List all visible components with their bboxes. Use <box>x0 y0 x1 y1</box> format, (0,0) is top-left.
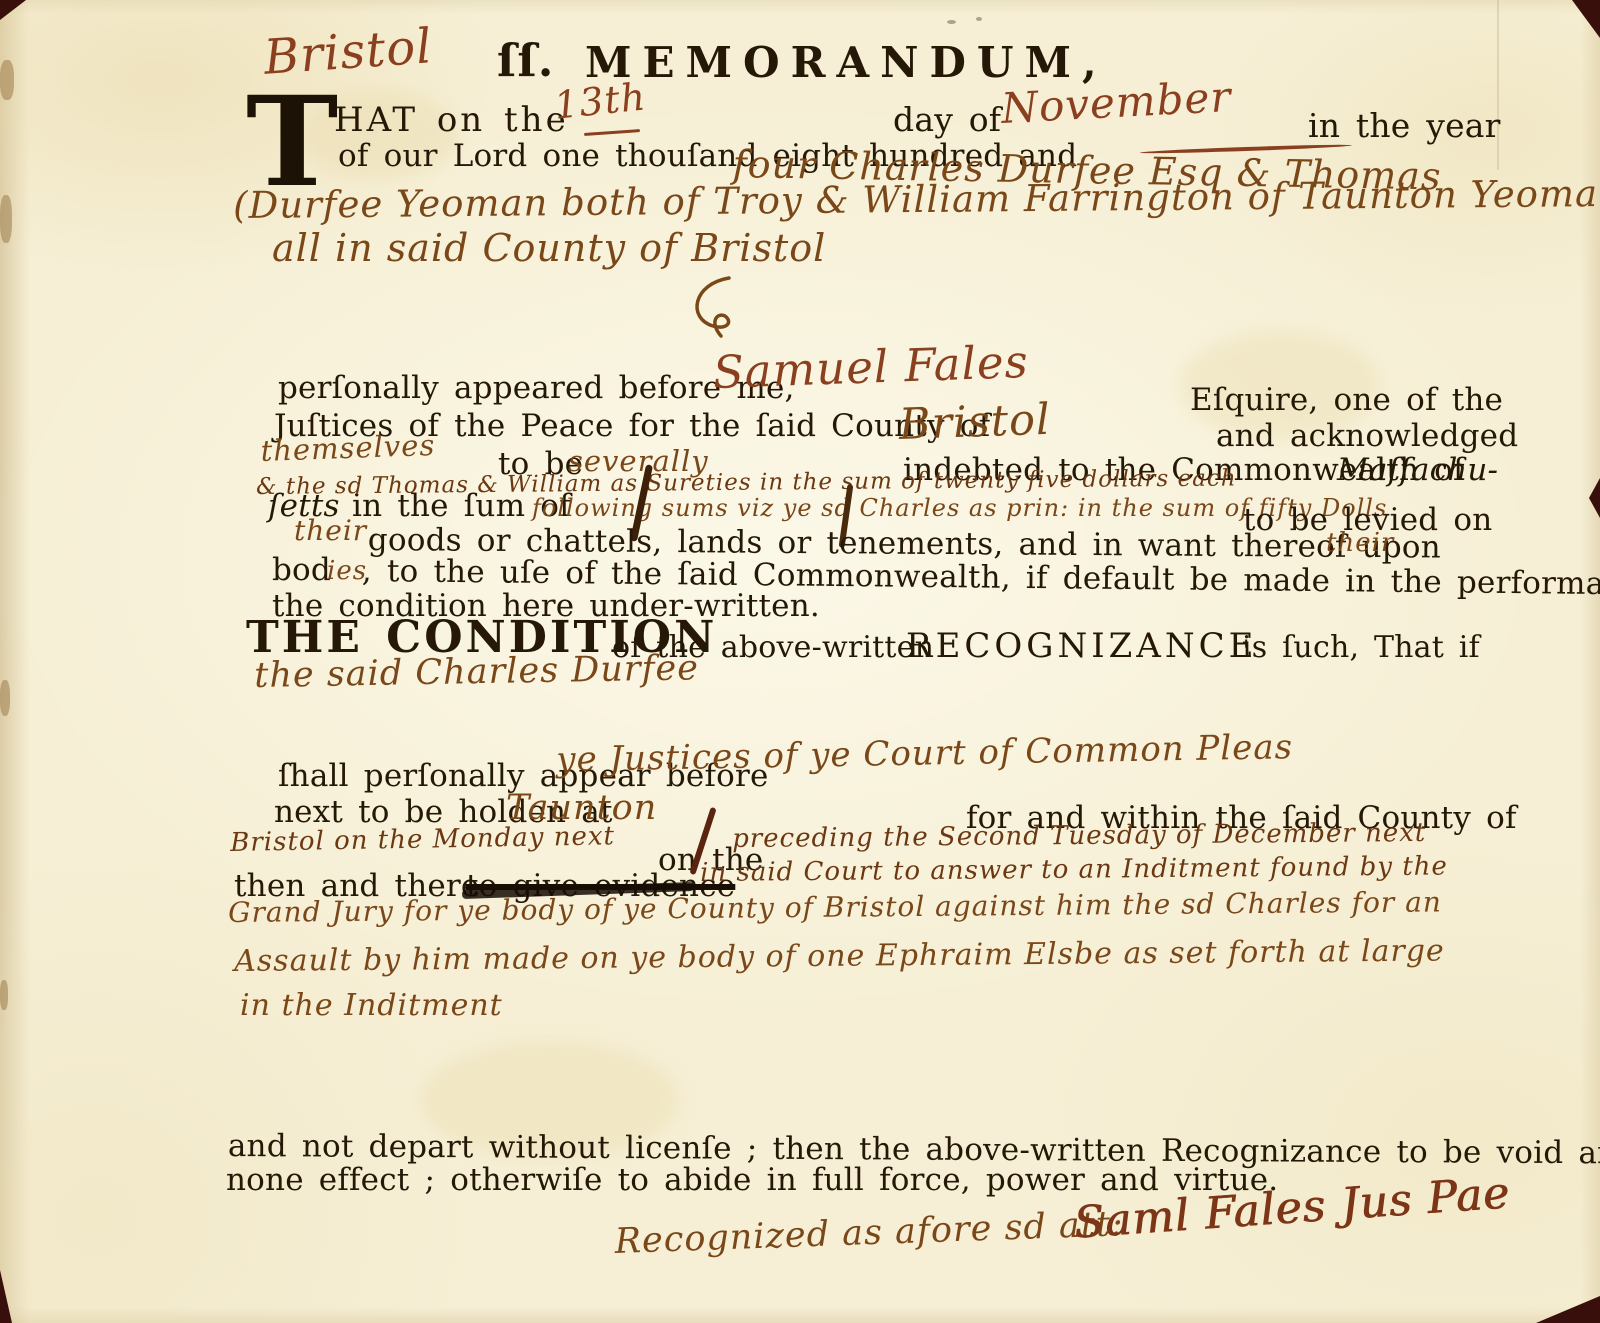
handwritten-answer-line: in said Court to answer to an Inditment … <box>700 851 1448 888</box>
printed-day-of: day of <box>893 100 1001 139</box>
handwritten-day-number: 13th <box>552 74 648 127</box>
dropcap-T: T <box>246 96 338 190</box>
document-page: Bristol ſſ. MEMORANDUM, T HAT on the 13t… <box>0 0 1600 1323</box>
handwritten-assault-line: Assault by him made on ye body of one Ep… <box>234 933 1445 979</box>
printed-ss: ſſ. <box>497 34 554 87</box>
handwritten-recognized: Recognized as afore sd att: <box>614 1204 1124 1262</box>
printed-title: MEMORANDUM, <box>585 38 1108 87</box>
handwritten-their-2: their <box>1326 528 1394 558</box>
paper-edge-nub <box>0 980 8 1010</box>
scan-corner-top-left <box>0 0 26 20</box>
handwritten-inditment-line: in the Inditment <box>240 988 503 1023</box>
handwritten-preceding: preceding the Second Tuesday of December… <box>732 818 1426 854</box>
paper-edge-nub <box>0 60 14 100</box>
pen-flourish <box>683 274 747 340</box>
handwritten-their-1: their <box>294 514 367 547</box>
paper-edge-nub <box>0 195 12 243</box>
printed-depart-line-2: none effect ; otherwiſe to abide in full… <box>226 1162 1278 1198</box>
printed-is-such: is ſuch, That if <box>1242 630 1480 665</box>
paper-edge-nub <box>0 680 10 716</box>
printed-recognizance: RECOGNIZANCE <box>906 626 1257 666</box>
handwritten-county-2: Bristol <box>898 395 1052 450</box>
printed-acknowledged: and acknowledged <box>1216 418 1518 454</box>
handwritten-condition-party: the said Charles Durfee <box>254 648 699 696</box>
printed-in-the-year: in the year <box>1308 106 1501 145</box>
scan-corner-bottom-right <box>1536 1296 1600 1323</box>
ink-stroke-daynum-underline <box>584 129 640 136</box>
handwritten-parties-line2: (Durfee Yeoman both of Troy & William Fa… <box>233 172 1600 227</box>
scan-edge-right-notch <box>1589 478 1600 518</box>
printed-that-on-the: HAT on the <box>334 100 569 140</box>
scan-corner-bottom-left <box>0 1270 12 1323</box>
printed-bod: bod <box>272 552 331 588</box>
printed-esquire: Eſquire, one of the <box>1190 382 1503 418</box>
ink-speck <box>947 20 956 24</box>
printed-massachu: Maſſachu- <box>1337 452 1498 488</box>
handwritten-justice-name: Samuel Fales <box>712 335 1029 399</box>
scan-corner-top-right <box>1572 0 1600 38</box>
handwritten-county-monday: Bristol on the Monday next <box>230 821 615 858</box>
handwritten-themselves: themselves <box>260 428 436 468</box>
handwritten-court: ye Justices of ye Court of Common Pleas <box>556 727 1293 780</box>
handwritten-parties-line3: all in said County of Bristol <box>272 226 826 270</box>
ink-speck <box>976 17 982 21</box>
